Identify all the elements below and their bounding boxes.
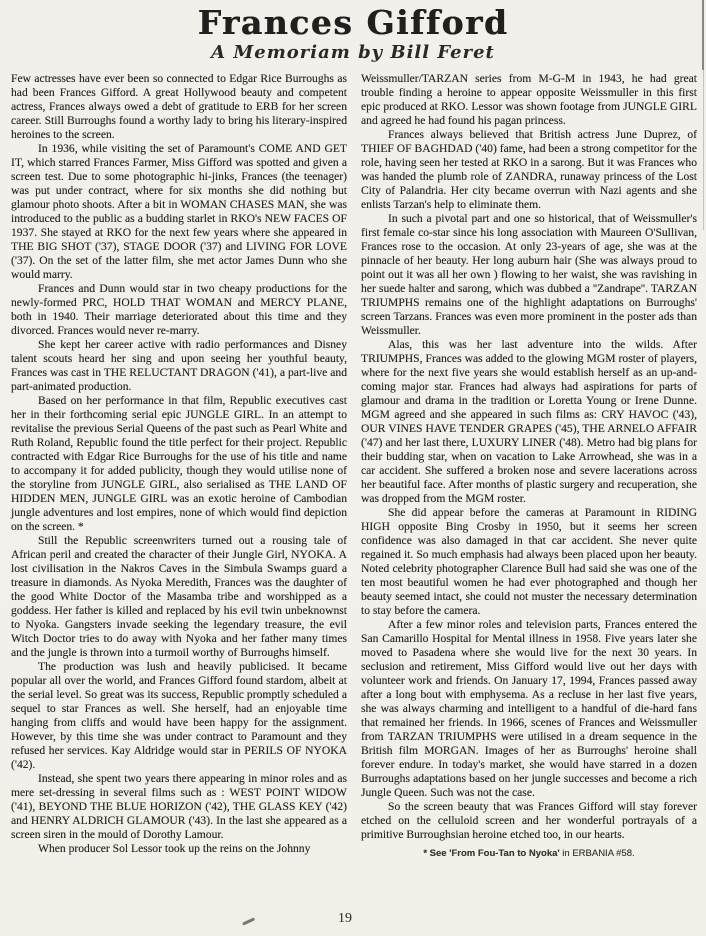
paragraph: The production was lush and heavily publ… — [11, 660, 347, 772]
paragraph: Few actresses have ever been so connecte… — [11, 72, 347, 142]
scan-edge-artifact — [702, 0, 704, 70]
pen-mark — [242, 917, 255, 925]
scanned-page: Frances Gifford A Memoriam by Bill Feret… — [0, 0, 706, 936]
paragraph: Weissmuller/TARZAN series from M-G-M in … — [361, 72, 697, 128]
paragraph: Instead, she spent two years there appea… — [11, 772, 347, 842]
paragraph: After a few minor roles and television p… — [361, 618, 697, 800]
footnote: * See 'From Fou-Tan to Nyoka' in ERBANIA… — [361, 847, 697, 861]
page-title: Frances Gifford — [0, 0, 706, 41]
paragraph: In 1936, while visiting the set of Param… — [11, 142, 347, 282]
paragraph: So the screen beauty that was Frances Gi… — [361, 800, 697, 842]
footnote-source: in ERBANIA #58. — [560, 848, 635, 859]
paragraph: Based on her performance in that film, R… — [11, 394, 347, 534]
paragraph: Alas, this was her last adventure into t… — [361, 338, 697, 506]
footnote-reference: * See 'From Fou-Tan to Nyoka' — [423, 848, 559, 859]
paragraph: Still the Republic screenwriters turned … — [11, 534, 347, 660]
page-number: 19 — [338, 911, 352, 927]
paragraph: When producer Sol Lessor took up the rei… — [11, 842, 347, 856]
scan-edge-artifact — [703, 70, 704, 230]
paragraph: In such a pivotal part and one so histor… — [361, 212, 697, 338]
paragraph: She kept her career active with radio pe… — [11, 338, 347, 394]
right-column: Weissmuller/TARZAN series from M-G-M in … — [361, 72, 697, 861]
paragraph: She did appear before the cameras at Par… — [361, 506, 697, 618]
left-column: Few actresses have ever been so connecte… — [11, 72, 347, 861]
paragraph: Frances always believed that British act… — [361, 128, 697, 212]
article-body: Few actresses have ever been so connecte… — [0, 72, 706, 861]
byline: A Memoriam by Bill Feret — [0, 42, 706, 64]
paragraph: Frances and Dunn would star in two cheap… — [11, 282, 347, 338]
